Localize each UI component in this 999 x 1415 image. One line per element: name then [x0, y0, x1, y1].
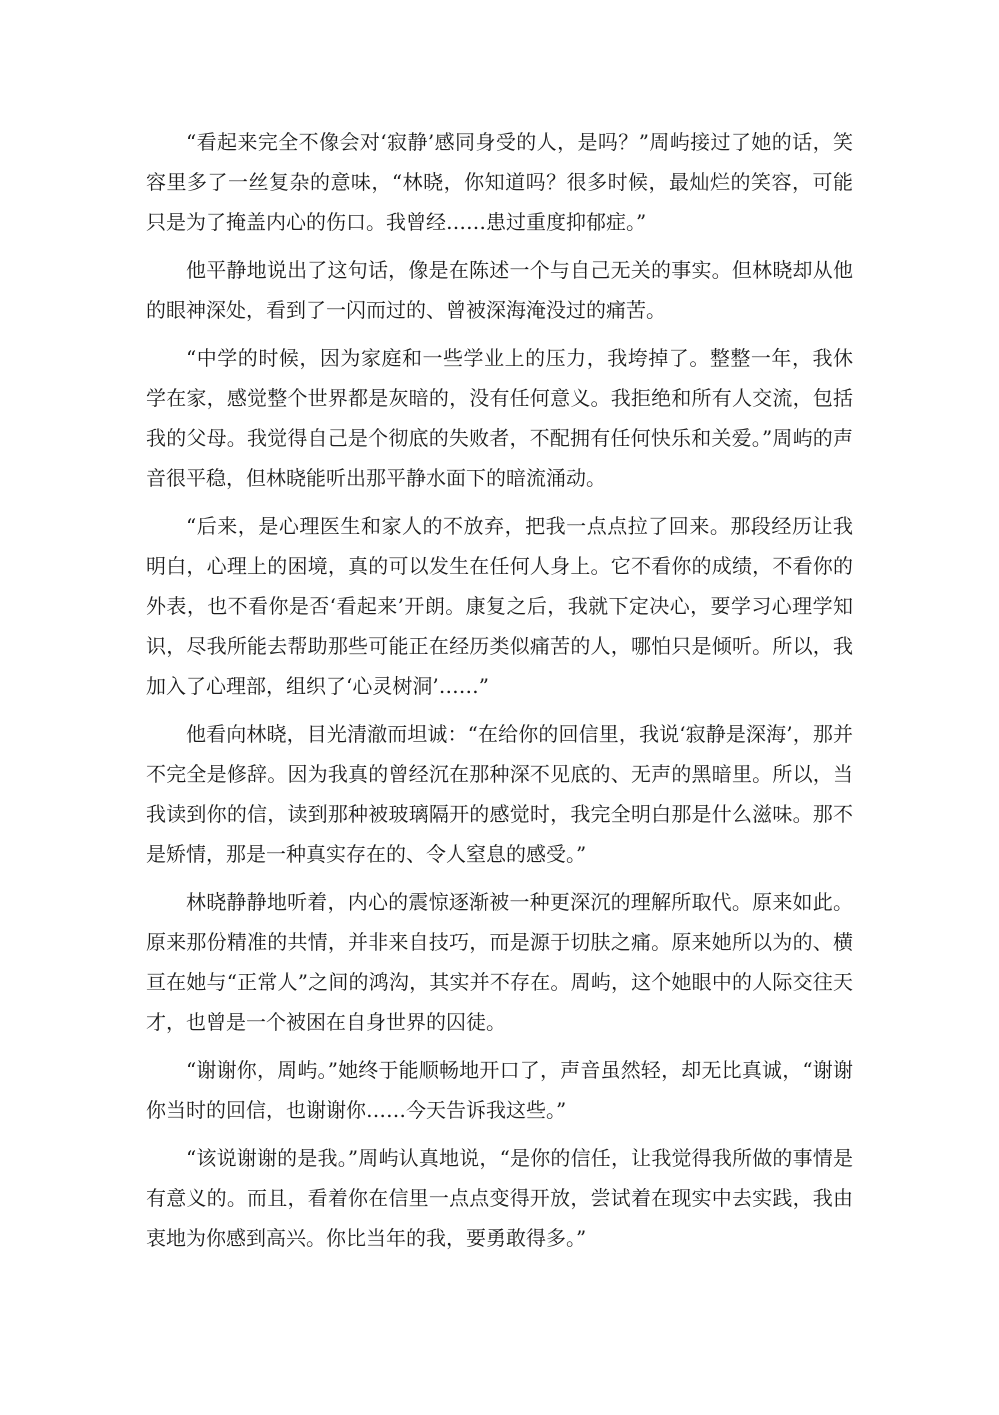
paragraph: “后来，是心理医生和家人的不放弃，把我一点点拉了回来。那段经历让我明白，心理上的…: [146, 506, 853, 706]
document-text-block: “看起来完全不像会对‘寂静’感同身受的人，是吗？”周屿接过了她的话，笑容里多了一…: [146, 122, 853, 1258]
paragraph: 他看向林晓，目光清澈而坦诚：“在给你的回信里，我说‘寂静是深海’，那并不完全是修…: [146, 714, 853, 874]
paragraph: 他平静地说出了这句话，像是在陈述一个与自己无关的事实。但林晓却从他的眼神深处，看…: [146, 250, 853, 330]
paragraph: “谢谢你，周屿。”她终于能顺畅地开口了，声音虽然轻，却无比真诚，“谢谢你当时的回…: [146, 1050, 853, 1130]
paragraph: 林晓静静地听着，内心的震惊逐渐被一种更深沉的理解所取代。原来如此。原来那份精准的…: [146, 882, 853, 1042]
paragraph: “该说谢谢的是我。”周屿认真地说，“是你的信任，让我觉得我所做的事情是有意义的。…: [146, 1138, 853, 1258]
paragraph: “中学的时候，因为家庭和一些学业上的压力，我垮掉了。整整一年，我休学在家，感觉整…: [146, 338, 853, 498]
paragraph: “看起来完全不像会对‘寂静’感同身受的人，是吗？”周屿接过了她的话，笑容里多了一…: [146, 122, 853, 242]
document-page: “看起来完全不像会对‘寂静’感同身受的人，是吗？”周屿接过了她的话，笑容里多了一…: [0, 0, 999, 1415]
